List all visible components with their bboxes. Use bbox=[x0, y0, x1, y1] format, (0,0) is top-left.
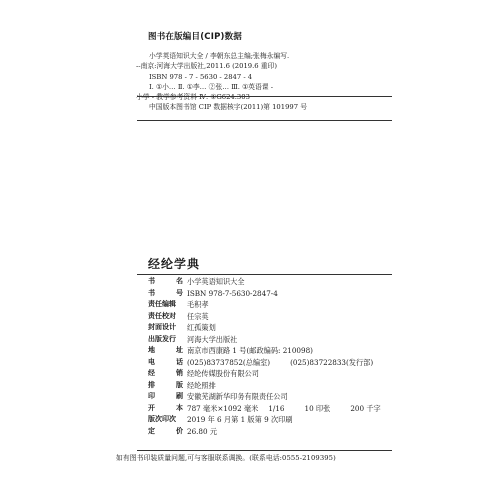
cip-line: ISBN 978 - 7 - 5630 - 2847 - 4 bbox=[140, 72, 380, 82]
info-row-proofreader: 责任校对 任宗英 bbox=[148, 311, 408, 323]
colophon-info: 书名 小学英语知识大全 书号 ISBN 978-7-5630-2847-4 责任… bbox=[148, 276, 408, 437]
info-row-distributor: 经销 经纶传媒股份有限公司 bbox=[148, 368, 408, 380]
divider bbox=[137, 274, 392, 275]
info-row-title: 书名 小学英语知识大全 bbox=[148, 276, 408, 288]
label: 销 bbox=[176, 368, 183, 380]
label: 本 bbox=[176, 403, 183, 415]
book-title: 小学英语知识大全 bbox=[187, 276, 245, 288]
cip-line: Ⅰ. ①小… Ⅱ. ①李… ②张… Ⅲ. ①英语课 - bbox=[140, 82, 380, 92]
divider bbox=[137, 450, 392, 451]
label: 号 bbox=[176, 288, 183, 300]
format: 1/16 bbox=[268, 403, 284, 415]
label: 地 bbox=[148, 345, 155, 357]
label: 刷 bbox=[176, 391, 183, 403]
printer: 安徽芜湖新华印务有限责任公司 bbox=[187, 391, 288, 403]
series-title: 经纶学典 bbox=[148, 255, 200, 272]
label: 经 bbox=[148, 368, 155, 380]
paper-size: 787 毫米×1092 毫米 bbox=[187, 403, 258, 415]
label: 出版发行 bbox=[148, 334, 187, 346]
label: 开 bbox=[148, 403, 155, 415]
word-count: 200 千字 bbox=[350, 403, 380, 415]
label: 排 bbox=[148, 380, 155, 392]
phone-editorial: (025)83737852(总编室) bbox=[187, 357, 270, 369]
publisher: 河海大学出版社 bbox=[187, 334, 237, 346]
info-row-isbn: 书号 ISBN 978-7-5630-2847-4 bbox=[148, 288, 408, 300]
label: 印 bbox=[148, 391, 155, 403]
cip-line: 中国版本图书馆 CIP 数据核字(2011)第 101997 号 bbox=[140, 102, 380, 112]
isbn: ISBN 978-7-5630-2847-4 bbox=[187, 288, 278, 300]
phone-distribution: (025)83722833(发行部) bbox=[290, 357, 373, 369]
divider bbox=[137, 96, 392, 97]
proofreader: 任宗英 bbox=[187, 311, 209, 323]
info-row-address: 地址 南京市西康路 1 号(邮政编码: 210098) bbox=[148, 345, 408, 357]
info-row-phone: 电话 (025)83737852(总编室) (025)83722833(发行部) bbox=[148, 357, 408, 369]
label: 书 bbox=[148, 276, 155, 288]
price: 26.80 元 bbox=[187, 426, 217, 438]
cip-line: 小学英语知识大全 / 李朝东总主编;张梅永编写. bbox=[140, 51, 380, 61]
info-row-printer: 印刷 安徽芜湖新华印务有限责任公司 bbox=[148, 391, 408, 403]
info-row-editor: 责任编辑 毛积孝 bbox=[148, 299, 408, 311]
info-row-typesetting: 排版 经纶照排 bbox=[148, 380, 408, 392]
label: 址 bbox=[176, 345, 183, 357]
label: 书 bbox=[148, 288, 155, 300]
cip-line: --南京:河海大学出版社,2011.6 (2019.6 重印) bbox=[136, 61, 380, 71]
label: 责任校对 bbox=[148, 311, 187, 323]
label: 话 bbox=[176, 357, 183, 369]
edition: 2019 年 6 月第 1 版第 9 次印刷 bbox=[187, 414, 293, 426]
quality-notice: 如有图书印装质量问题,可与客服联系调换。(联系电话:0555-2109395) bbox=[116, 452, 336, 462]
label: 版 bbox=[176, 380, 183, 392]
info-row-edition: 版次印次 2019 年 6 月第 1 版第 9 次印刷 bbox=[148, 414, 408, 426]
address: 南京市西康路 1 号(邮政编码: 210098) bbox=[187, 345, 313, 357]
typesetting: 经纶照排 bbox=[187, 380, 216, 392]
label: 电 bbox=[148, 357, 155, 369]
cip-title: 图书在版编目(CIP)数据 bbox=[148, 30, 380, 42]
info-row-price: 定价 26.80 元 bbox=[148, 426, 408, 438]
editor: 毛积孝 bbox=[187, 299, 209, 311]
divider bbox=[137, 120, 392, 121]
label: 价 bbox=[176, 426, 183, 438]
label: 版次印次 bbox=[148, 414, 187, 426]
info-row-format: 开本 787 毫米×1092 毫米 1/16 10 印张 200 千字 bbox=[148, 403, 408, 415]
distributor: 经纶传媒股份有限公司 bbox=[187, 368, 259, 380]
print-sheets: 10 印张 bbox=[305, 403, 331, 415]
label: 封面设计 bbox=[148, 322, 187, 334]
info-row-cover-design: 封面设计 红孤策划 bbox=[148, 322, 408, 334]
label: 责任编辑 bbox=[148, 299, 187, 311]
label: 定 bbox=[148, 426, 155, 438]
cip-block: 图书在版编目(CIP)数据 小学英语知识大全 / 李朝东总主编;张梅永编写. -… bbox=[140, 30, 380, 113]
label: 名 bbox=[176, 276, 183, 288]
cover-design: 红孤策划 bbox=[187, 322, 216, 334]
info-row-publisher: 出版发行 河海大学出版社 bbox=[148, 334, 408, 346]
cip-line: 小学 - 教学参考资料 Ⅳ. ①G624.303 bbox=[136, 92, 380, 102]
